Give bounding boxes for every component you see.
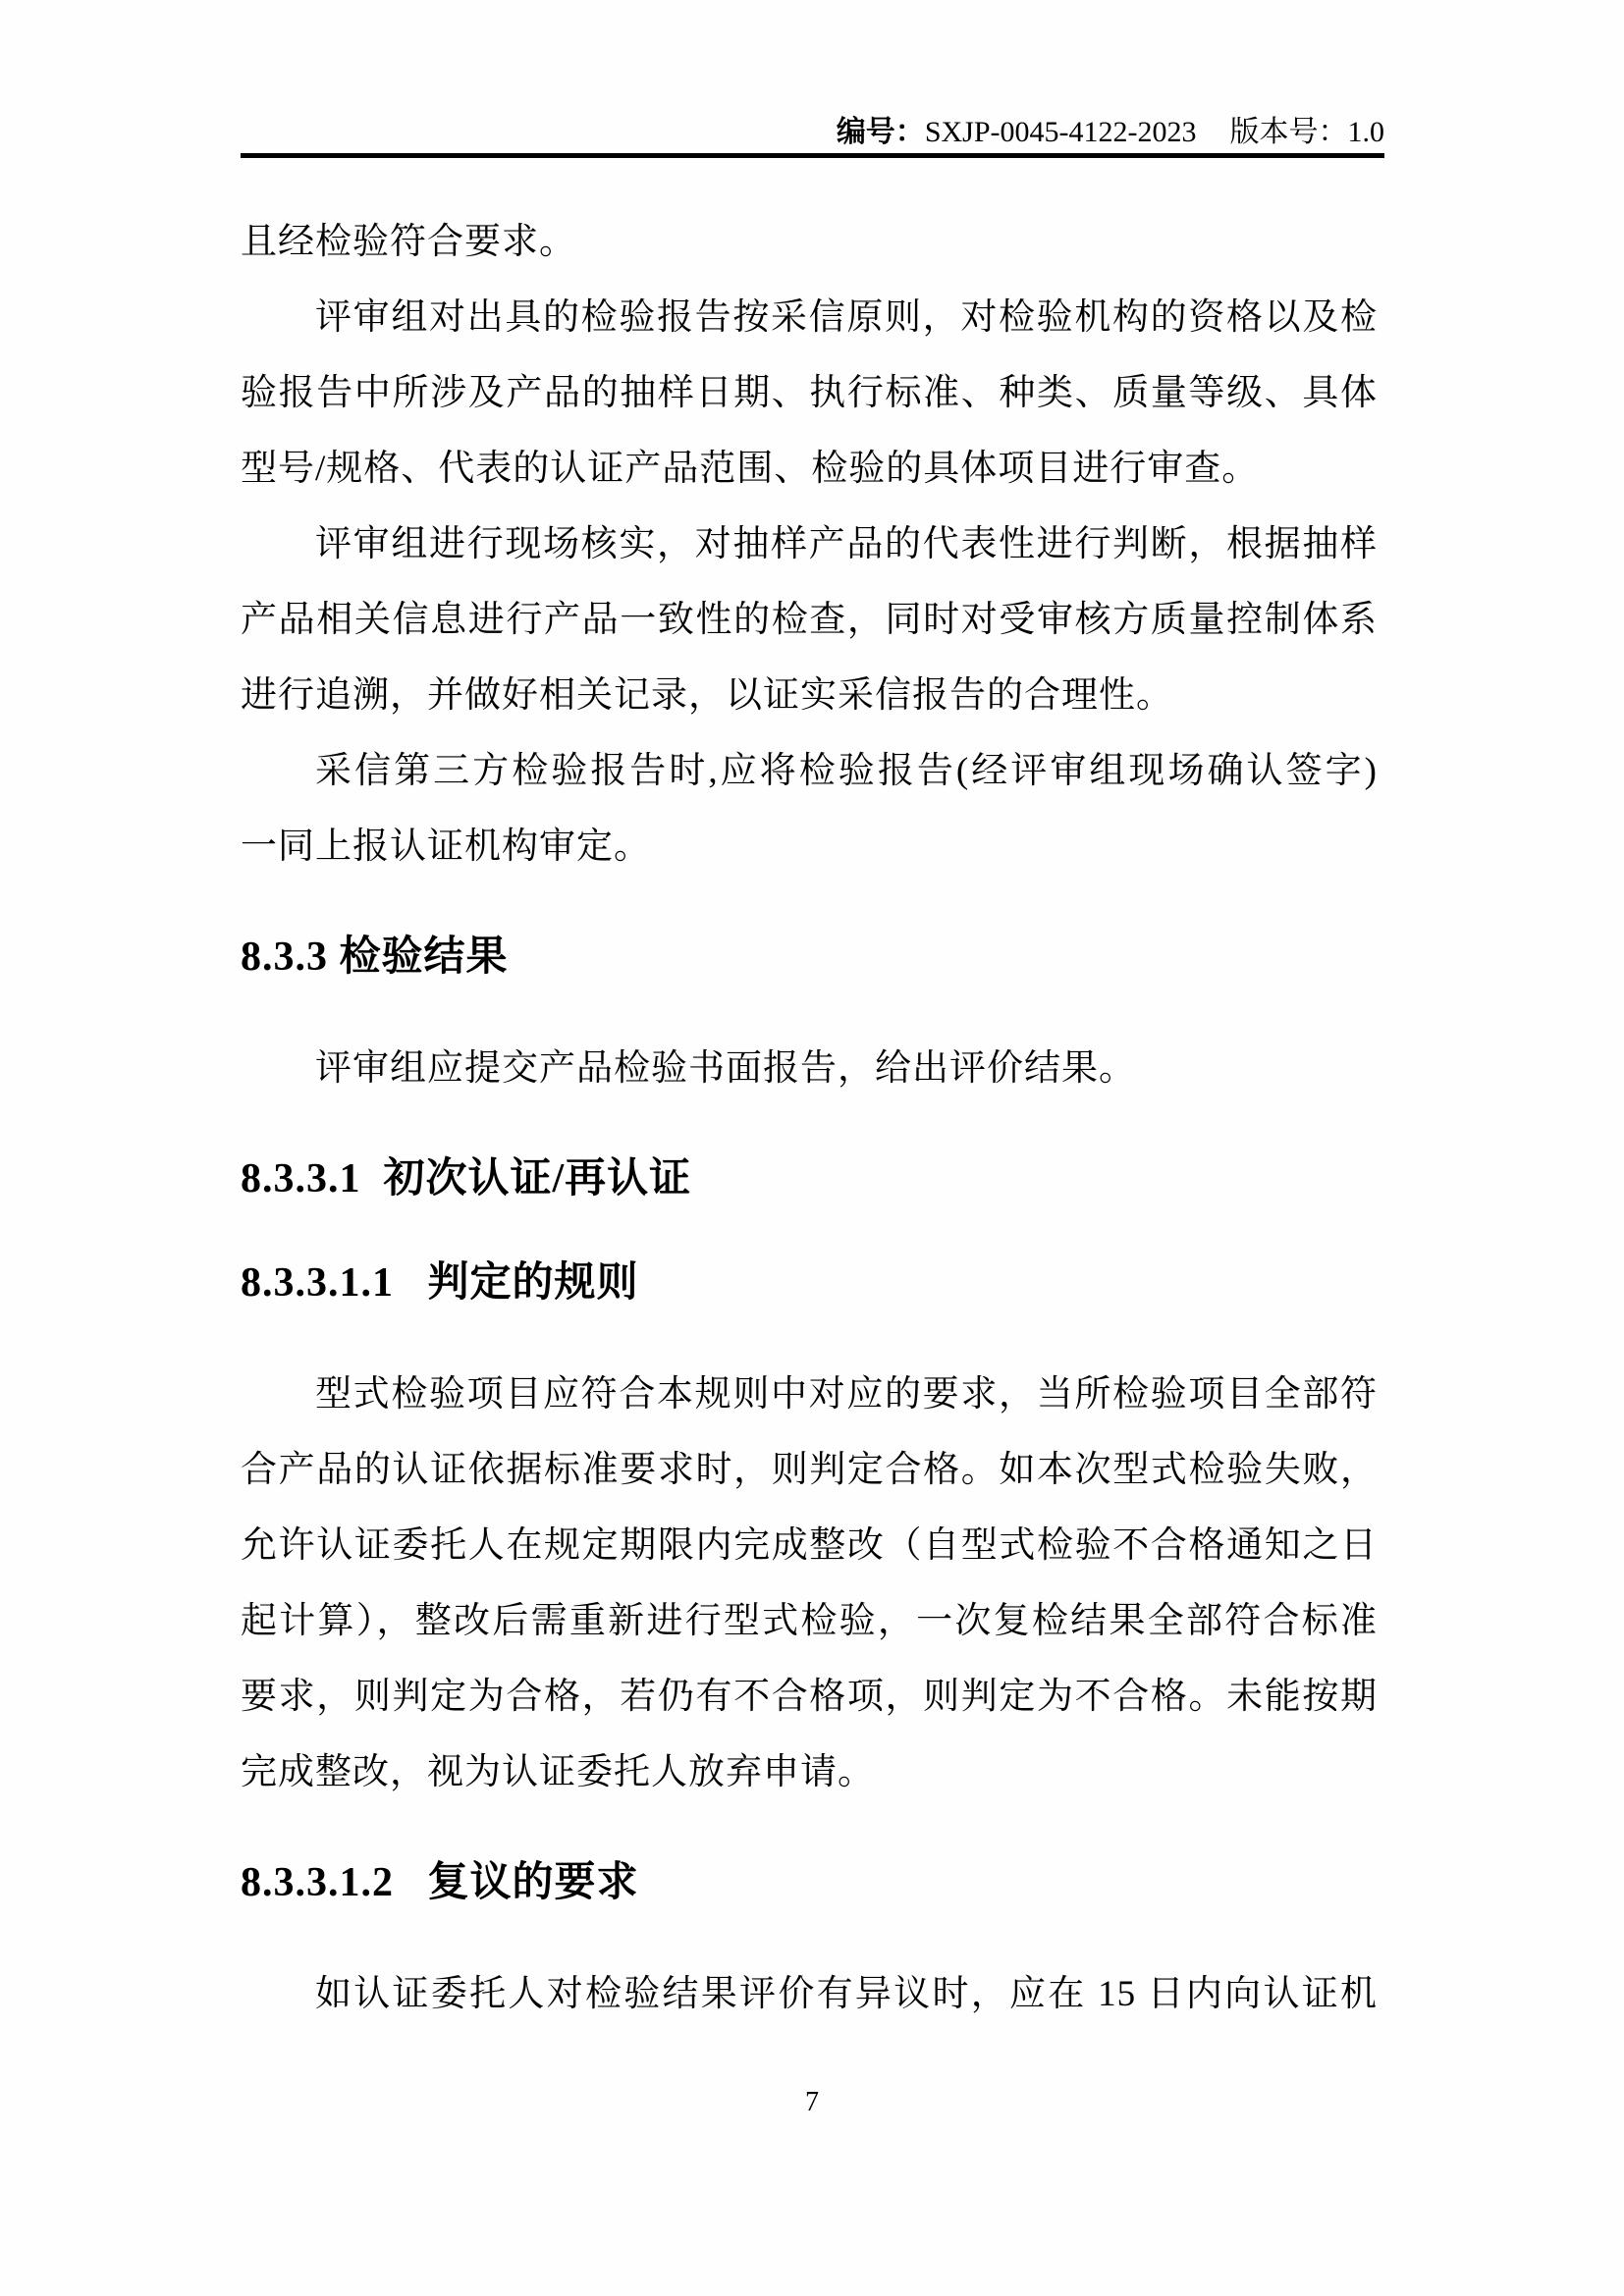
text-line: 允许认证委托人在规定期限内完成整改（自型式检验不合格通知之日 [241,1508,1378,1583]
section-heading: 8.3.3.1.1 判定的规则 [241,1246,1378,1321]
doc-version-value: 1.0 [1348,116,1385,148]
text-line: 合产品的认证依据标准要求时，则判定合格。如本次型式检验失败， [241,1432,1378,1508]
document-body: 且经检验符合要求。评审组对出具的检验报告按采信原则，对检验机构的资格以及检验报告… [241,204,1378,2032]
text-line: 产品相关信息进行产品一致性的检查，同时对受审核方质量控制体系 [241,582,1378,658]
text-line: 型式检验项目应符合本规则中对应的要求，当所检验项目全部符 [241,1357,1378,1432]
text-line: 完成整改，视为认证委托人放弃申请。 [241,1735,1378,1810]
text-line: 验报告中所涉及产品的抽样日期、执行标准、种类、质量等级、具体 [241,355,1378,431]
doc-version-label: 版本号： [1230,116,1348,148]
text-line: 一同上报认证机构审定。 [241,809,1378,884]
text-line: 起计算），整改后需重新进行型式检验，一次复检结果全部符合标准 [241,1583,1378,1659]
document-page: 编号：SXJP-0045-4122-2023版本号：1.0 且经检验符合要求。评… [0,0,1624,2296]
text-line: 型号/规格、代表的认证产品范围、检验的具体项目进行审查。 [241,431,1378,507]
section-heading: 8.3.3.1.2 复议的要求 [241,1845,1378,1921]
text-line: 评审组进行现场核实，对抽样产品的代表性进行判断，根据抽样 [241,507,1378,582]
text-line: 采信第三方检验报告时,应将检验报告(经评审组现场确认签字) [241,733,1378,809]
page-footer: 7 [0,2083,1624,2122]
text-line: 如认证委托人对检验结果评价有异议时，应在 15 日内向认证机 [241,1956,1378,2032]
doc-code-value: SXJP-0045-4122-2023 [925,116,1197,148]
section-heading: 8.3.3.1 初次认证/再认证 [241,1142,1378,1217]
page-number: 7 [805,2087,819,2117]
text-line: 且经检验符合要求。 [241,204,1378,280]
text-line: 评审组应提交产品检验书面报告，给出评价结果。 [241,1031,1378,1106]
header-rule [241,153,1384,158]
text-line: 进行追溯，并做好相关记录，以证实采信报告的合理性。 [241,658,1378,733]
doc-code-label: 编号： [837,116,925,148]
text-line: 要求，则判定为合格，若仍有不合格项，则判定为不合格。未能按期 [241,1659,1378,1735]
page-header: 编号：SXJP-0045-4122-2023版本号：1.0 [241,114,1384,151]
text-line: 评审组对出具的检验报告按采信原则，对检验机构的资格以及检 [241,280,1378,355]
section-heading: 8.3.3 检验结果 [241,920,1378,995]
